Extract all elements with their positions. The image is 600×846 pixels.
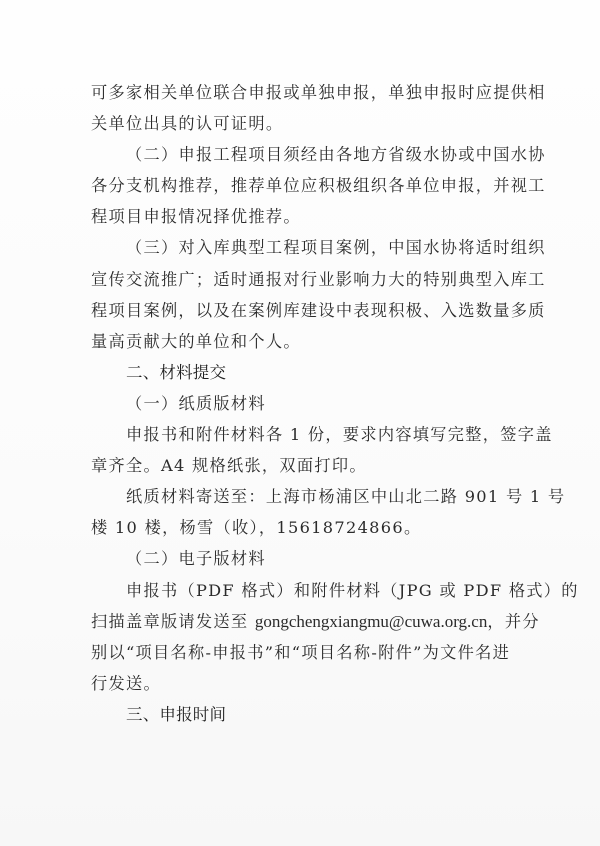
- text-line: 扫描盖章版请发送至 gongchengxiangmu@cuwa.org.cn，并…: [91, 606, 511, 637]
- text-line: 量高贡献大的单位和个人。: [91, 326, 511, 357]
- text-line: 程项目申报情况择优推荐。: [91, 201, 511, 232]
- text-line: 关单位出具的认可证明。: [91, 108, 511, 139]
- text-line: 申报书和附件材料各 1 份，要求内容填写完整，签字盖: [91, 419, 511, 450]
- email-address: gongchengxiangmu@cuwa.org.cn: [255, 612, 488, 631]
- text-line: 章齐全。A4 规格纸张，双面打印。: [91, 450, 511, 481]
- section-heading-application-time: 三、申报时间: [91, 699, 511, 730]
- paragraph-joint-application: 可多家相关单位联合申报或单独申报，单独申报时应提供相 关单位出具的认可证明。: [91, 77, 511, 139]
- text-line: 行发送。: [91, 668, 511, 699]
- text-line: 纸质材料寄送至：上海市杨浦区中山北二路 901 号 1 号: [91, 481, 511, 512]
- paragraph-electronic-submission: 申报书（PDF 格式）和附件材料（JPG 或 PDF 格式）的 扫描盖章版请发送…: [91, 575, 511, 699]
- text-line: （二）申报工程项目须经由各地方省级水协或中国水协: [91, 139, 511, 170]
- text-line: 宣传交流推广；适时通报对行业影响力大的特别典型入库工: [91, 264, 511, 295]
- text-segment: ，并分: [487, 612, 539, 631]
- text-segment: 扫描盖章版请发送至: [91, 612, 255, 631]
- document-page: 可多家相关单位联合申报或单独申报，单独申报时应提供相 关单位出具的认可证明。 （…: [0, 0, 600, 846]
- text-line: 申报书（PDF 格式）和附件材料（JPG 或 PDF 格式）的: [91, 575, 511, 606]
- document-body: 可多家相关单位联合申报或单独申报，单独申报时应提供相 关单位出具的认可证明。 （…: [91, 77, 511, 730]
- subsection-heading-paper-materials: （一）纸质版材料: [91, 388, 511, 419]
- text-line: 可多家相关单位联合申报或单独申报，单独申报时应提供相: [91, 77, 511, 108]
- text-line: 别以“项目名称-申报书”和“项目名称-附件”为文件名进: [91, 637, 511, 668]
- text-line: 楼 10 楼，杨雪（收），15618724866。: [91, 512, 511, 543]
- subsection-heading-electronic-materials: （二）电子版材料: [91, 543, 511, 574]
- text-line: （三）对入库典型工程项目案例，中国水协将适时组织: [91, 232, 511, 263]
- paragraph-mailing-address: 纸质材料寄送至：上海市杨浦区中山北二路 901 号 1 号 楼 10 楼，杨雪（…: [91, 481, 511, 543]
- text-line: 各分支机构推荐，推荐单位应积极组织各单位申报，并视工: [91, 170, 511, 201]
- paragraph-paper-requirements: 申报书和附件材料各 1 份，要求内容填写完整，签字盖 章齐全。A4 规格纸张，双…: [91, 419, 511, 481]
- section-heading-material-submission: 二、材料提交: [91, 357, 511, 388]
- paragraph-promotion: （三）对入库典型工程项目案例，中国水协将适时组织 宣传交流推广；适时通报对行业影…: [91, 232, 511, 356]
- paragraph-recommendation: （二）申报工程项目须经由各地方省级水协或中国水协 各分支机构推荐，推荐单位应积极…: [91, 139, 511, 232]
- text-line: 程项目案例，以及在案例库建设中表现积极、入选数量多质: [91, 295, 511, 326]
